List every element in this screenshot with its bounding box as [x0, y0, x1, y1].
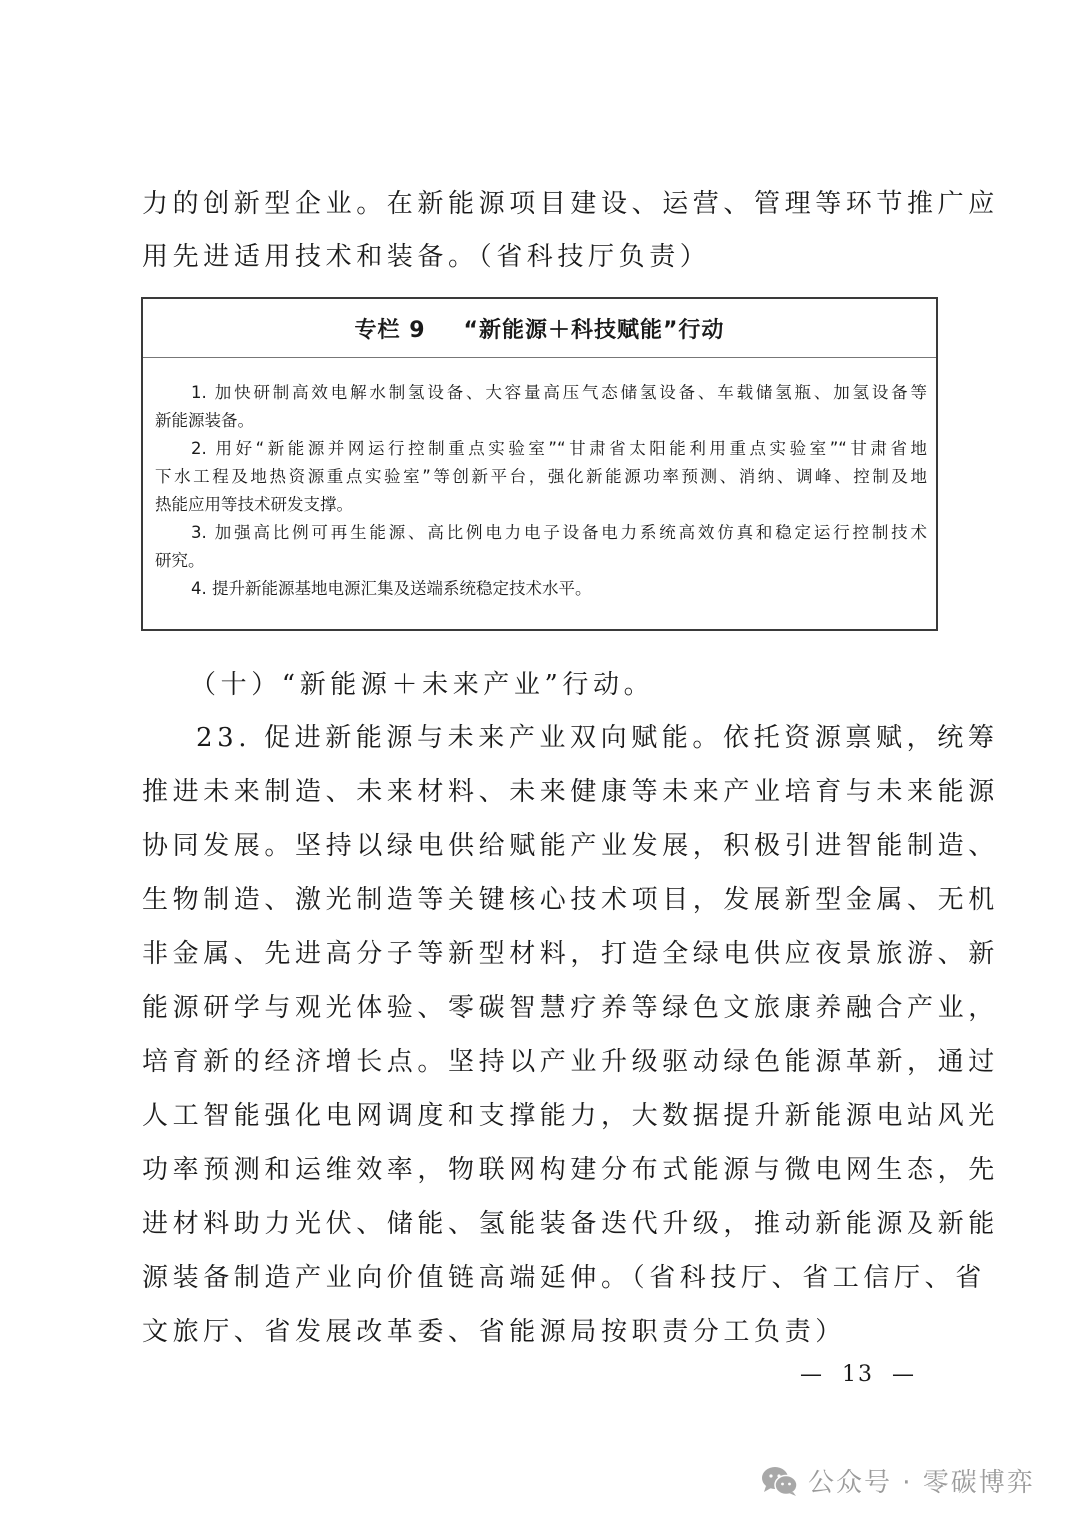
- body-paragraph-line: 文旅厅、省发展改革委、省能源局按职责分工负责）: [142, 1317, 938, 1347]
- page-number: — 13 —: [800, 1362, 916, 1387]
- watermark: 公众号 · 零碳博弈: [760, 1462, 1035, 1499]
- section-heading: （十）“新能源＋未来产业”行动。: [190, 670, 654, 700]
- body-paragraph-line: 推进未来制造、未来材料、未来健康等未来产业培育与未来能源: [142, 777, 938, 807]
- watermark-text: 公众号 · 零碳博弈: [808, 1462, 1035, 1499]
- column-item-line: 热能应用等技术研发支撑。: [155, 495, 927, 515]
- column-item-line: 研究。: [155, 551, 927, 571]
- column-item-line: 下水工程及地热资源重点实验室”等创新平台，强化新能源功率预测、消纳、调峰、控制及…: [155, 467, 927, 487]
- body-paragraph-line: 进材料助力光伏、储能、氢能装备迭代升级，推动新能源及新能: [142, 1209, 938, 1239]
- body-paragraph-line: 源装备制造产业向价值链高端延伸。（省科技厅、省工信厅、省: [142, 1263, 938, 1293]
- body-paragraph-line: 功率预测和运维效率，物联网构建分布式能源与微电网生态，先: [142, 1155, 938, 1185]
- column-item-line: 4. 提升新能源基地电源汇集及送端系统稳定技术水平。: [155, 579, 927, 599]
- column-item-line: 2. 用好“新能源并网运行控制重点实验室”“甘肃省太阳能利用重点实验室”“甘肃省…: [155, 439, 927, 459]
- body-paragraph-line: 协同发展。坚持以绿电供给赋能产业发展，积极引进智能制造、: [142, 831, 938, 861]
- body-paragraph-line: 人工智能强化电网调度和支撑能力，大数据提升新能源电站风光: [142, 1101, 938, 1131]
- body-paragraph-line: 生物制造、激光制造等关键核心技术项目，发展新型金属、无机: [142, 885, 938, 915]
- column-item-line: 3. 加强高比例可再生能源、高比例电力电子设备电力系统高效仿真和稳定运行控制技术: [155, 523, 927, 543]
- body-paragraph-line: 培育新的经济增长点。坚持以产业升级驱动绿色能源革新，通过: [142, 1047, 938, 1077]
- body-paragraph-line: 23. 促进新能源与未来产业双向赋能。依托资源禀赋，统筹: [196, 723, 938, 753]
- column-item-line: 新能源装备。: [155, 411, 927, 431]
- body-paragraph-line: 力的创新型企业。在新能源项目建设、运营、管理等环节推广应: [142, 189, 938, 219]
- body-paragraph-line: 非金属、先进高分子等新型材料，打造全绿电供应夜景旅游、新: [142, 939, 938, 969]
- column-number: 专栏 9: [355, 313, 426, 344]
- body-paragraph-line: 能源研学与观光体验、零碳智慧疗养等绿色文旅康养融合产业，: [142, 993, 938, 1023]
- body-paragraph-line: 用先进适用技术和装备。（省科技厅负责）: [142, 242, 938, 272]
- wechat-icon: [760, 1465, 800, 1497]
- column-item-line: 1. 加快研制高效电解水制氢设备、大容量高压气态储氢设备、车载储氢瓶、加氢设备等: [155, 383, 927, 403]
- column-box-title: 专栏 9 “新能源＋科技赋能”行动: [143, 299, 936, 358]
- column-box: 专栏 9 “新能源＋科技赋能”行动 1. 加快研制高效电解水制氢设备、大容量高压…: [141, 297, 938, 631]
- column-title: “新能源＋科技赋能”行动: [464, 313, 725, 344]
